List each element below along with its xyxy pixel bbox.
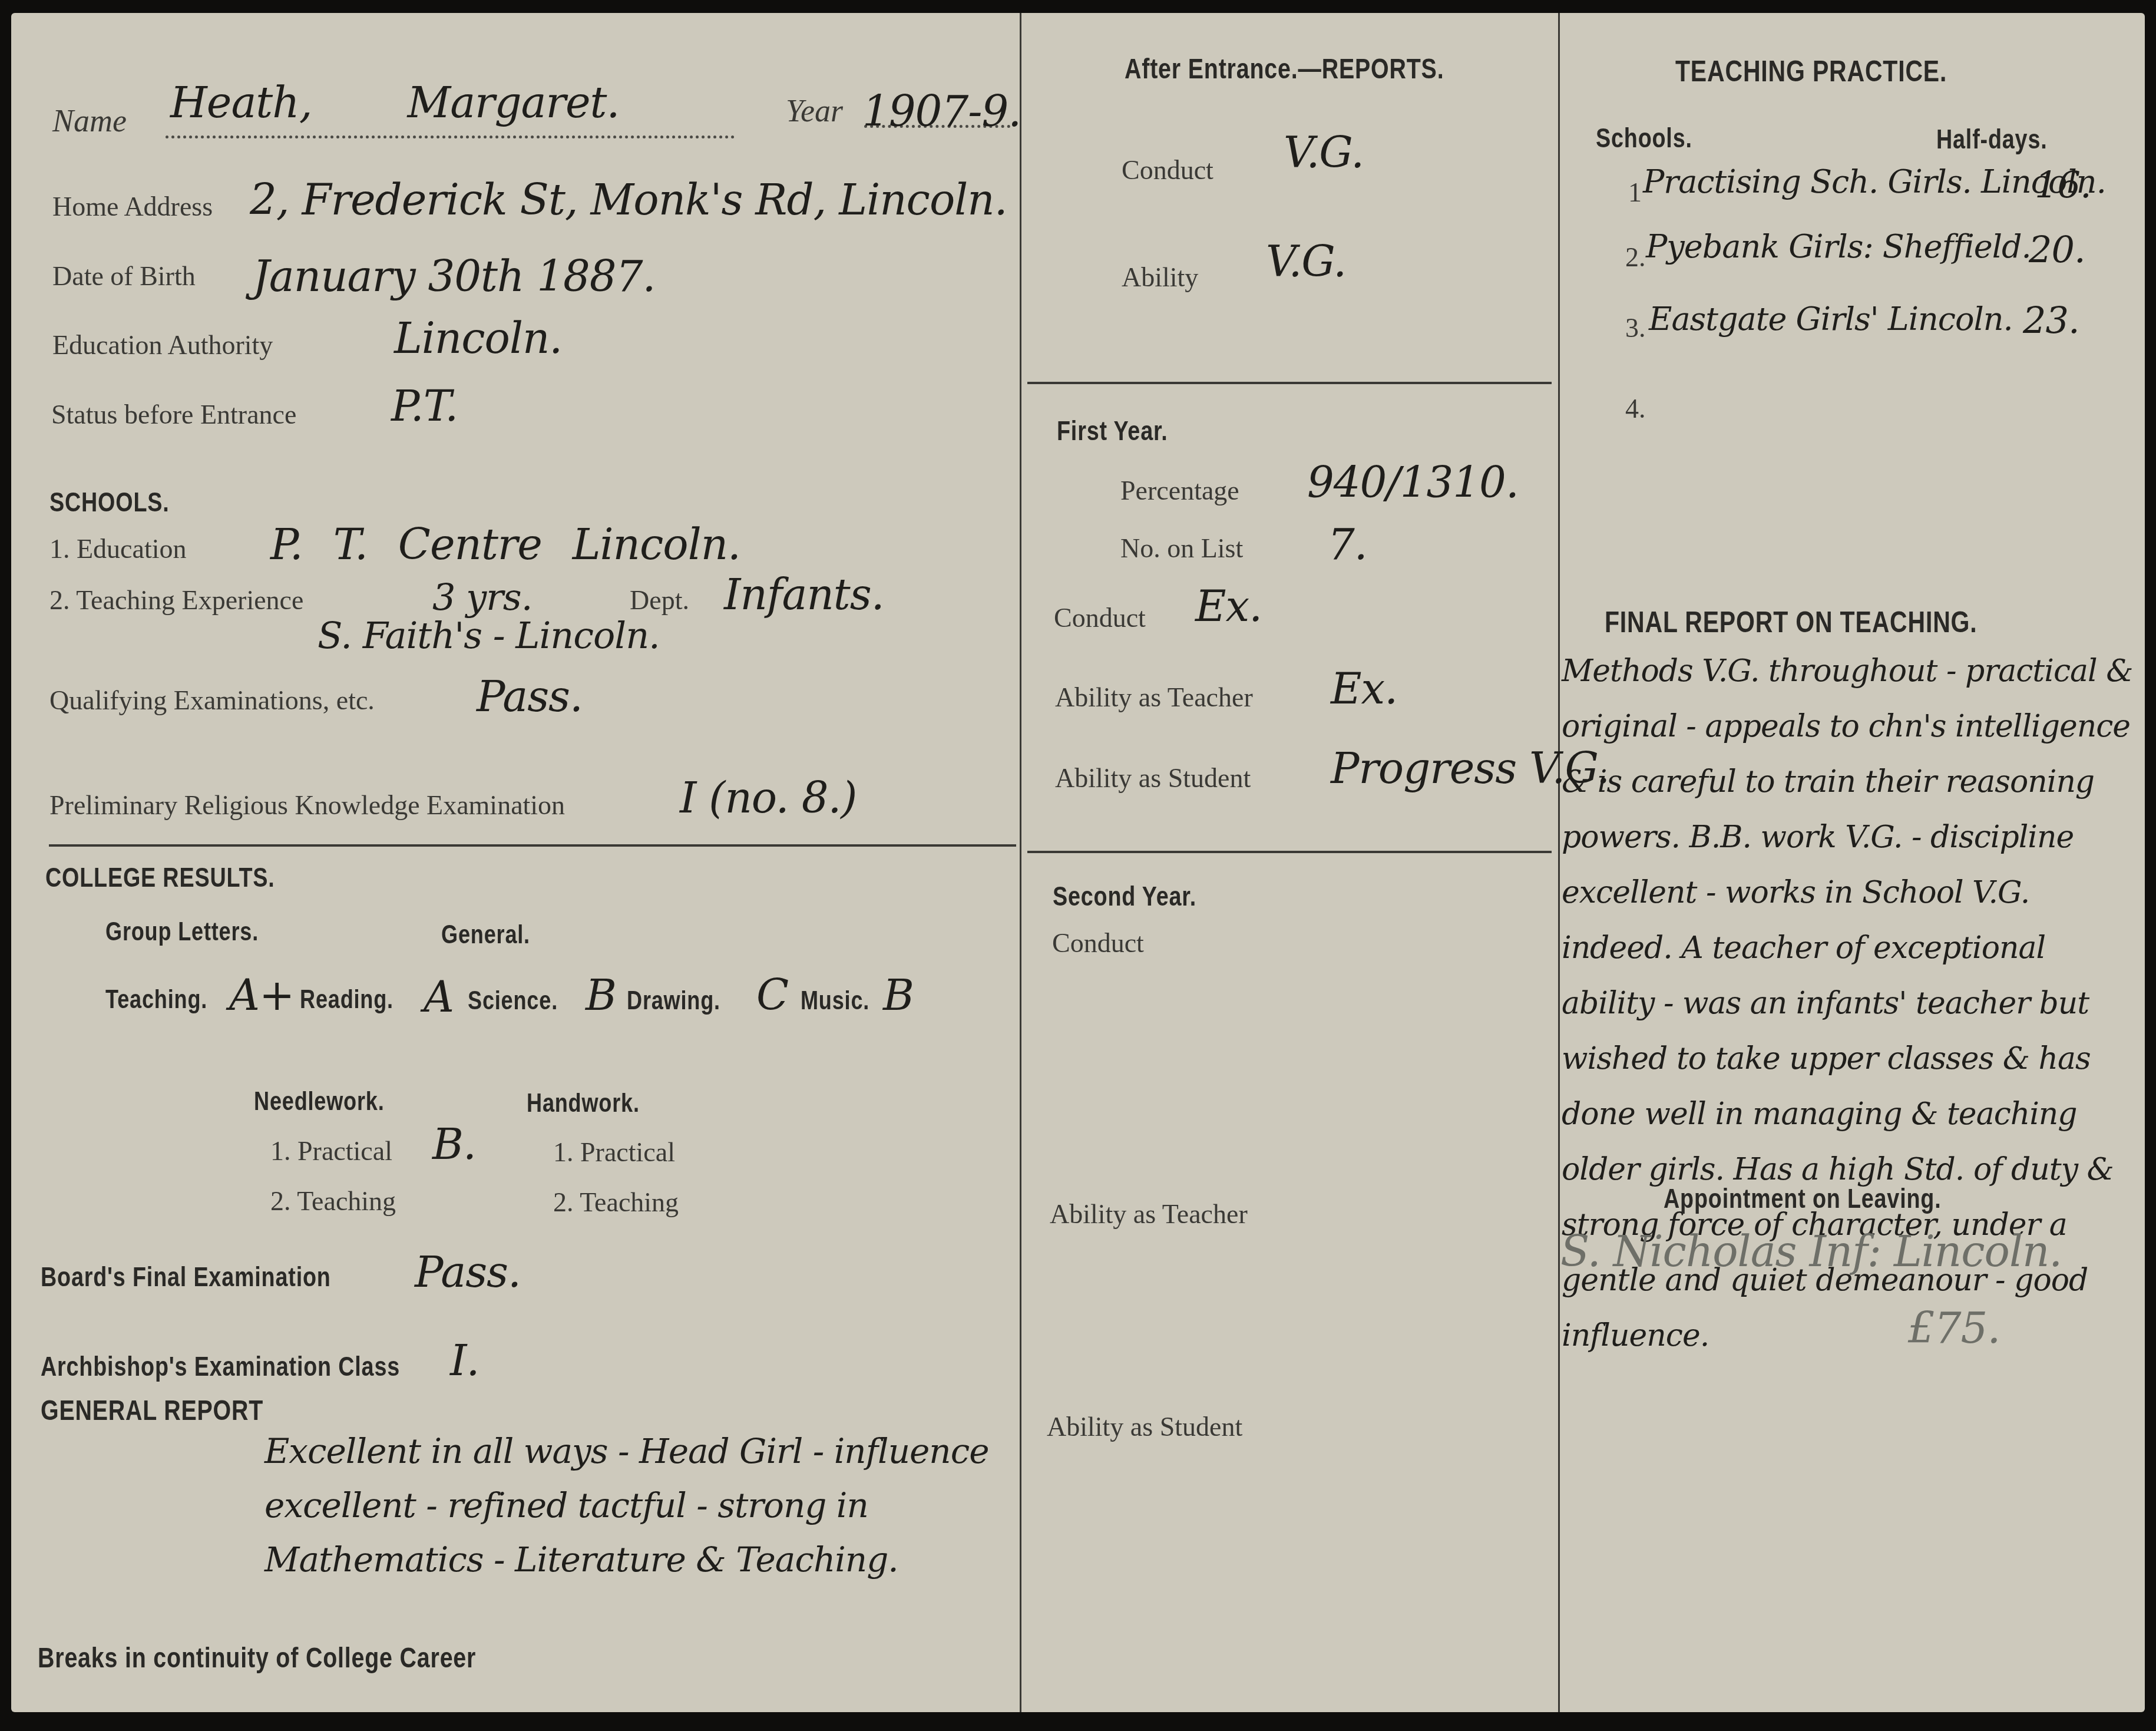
general-report-label: GENERAL REPORT (41, 1395, 263, 1427)
first-year-student-label: Ability as Student (1055, 762, 1251, 794)
salary-value: £75. (1908, 1303, 2000, 1353)
archbishop-value: I. (450, 1336, 479, 1385)
drawing-grade-label: Drawing. (627, 986, 720, 1016)
status-label: Status before Entrance (51, 399, 296, 430)
group-letters-label: Group Letters. (105, 917, 259, 947)
needlework-teaching-label: 2. Teaching (270, 1185, 396, 1217)
second-year-teacher-label: Ability as Teacher (1050, 1198, 1248, 1230)
schools-heading: SCHOOLS. (49, 486, 170, 518)
reading-grade-value: A (424, 972, 454, 1022)
status-value: P.T. (391, 381, 458, 431)
boards-final-value: Pass. (415, 1247, 521, 1297)
first-year-percentage-value: 940/1310. (1307, 458, 1519, 507)
first-year-conduct-label: Conduct (1054, 602, 1146, 633)
year-value: 1907-9. (862, 87, 1021, 136)
first-year-teacher-value: Ex. (1331, 664, 1397, 713)
left-divider (49, 844, 1016, 847)
teaching-grade-label: Teaching. (105, 985, 207, 1015)
dept-value: Infants. (724, 570, 884, 619)
record-card: Name Heath, Margaret. Year 1907-9. Home … (11, 13, 2145, 1712)
name-dotted-line (166, 136, 735, 138)
education-label: 1. Education (49, 533, 187, 564)
general-report-value: Excellent in all ways - Head Girl - infl… (264, 1424, 1030, 1587)
second-year-student-label: Ability as Student (1047, 1411, 1242, 1442)
religious-label: Preliminary Religious Knowledge Examinat… (49, 789, 565, 821)
appointment-value: S. Nicholas Inf: Lincoln. (1560, 1227, 2062, 1276)
final-report-heading: FINAL REPORT ON TEACHING. (1605, 605, 1977, 639)
drawing-grade-value: C (756, 970, 788, 1020)
handwork-label: Handwork. (527, 1089, 640, 1118)
boards-final-label: Board's Final Examination (41, 1261, 331, 1293)
handwork-teaching-label: 2. Teaching (553, 1187, 679, 1218)
handwork-practical-label: 1. Practical (553, 1137, 675, 1168)
music-grade-label: Music. (801, 986, 869, 1016)
needlework-label: Needlework. (254, 1087, 385, 1116)
reports-conduct-label: Conduct (1122, 154, 1213, 186)
college-results-heading: COLLEGE RESULTS. (45, 861, 275, 893)
teaching-grade-value: A+ (229, 970, 294, 1020)
needlework-practical-value: B. (432, 1119, 476, 1169)
music-grade-value: B (883, 970, 914, 1020)
needlework-practical-label: 1. Practical (270, 1135, 392, 1167)
education-value: P. T. Centre Lincoln. (270, 520, 740, 569)
breaks-label: Breaks in continuity of College Career (38, 1642, 476, 1674)
dept-label: Dept. (630, 584, 689, 616)
dob-label: Date of Birth (52, 260, 196, 292)
reports-conduct-value: V.G. (1284, 128, 1364, 177)
reports-heading: After Entrance.—REPORTS. (1125, 53, 1444, 85)
middle-divider-2 (1027, 851, 1552, 853)
name-label: Name (52, 103, 127, 139)
teaching-practice-heading: TEACHING PRACTICE. (1675, 54, 1947, 88)
practice-row-num: 1 (1628, 177, 1642, 208)
general-label: General. (441, 920, 530, 950)
first-year-conduct-value: Ex. (1195, 582, 1262, 631)
reading-grade-label: Reading. (300, 985, 393, 1015)
religious-value: I (no. 8.) (680, 773, 857, 822)
practice-row-half-days: 16. (2035, 163, 2091, 206)
science-grade-label: Science. (468, 986, 558, 1016)
reports-ability-value: V.G. (1266, 237, 1346, 286)
teaching-school-value: S. Faith's - Lincoln. (318, 614, 660, 657)
half-days-col-label: Half-days. (1936, 123, 2047, 155)
practice-row-num: 4. (1625, 393, 1646, 424)
teaching-experience-value: 3 yrs. (432, 576, 532, 619)
second-year-conduct-label: Conduct (1052, 927, 1144, 959)
practice-row-half-days: 20. (2029, 228, 2085, 271)
qualifying-label: Qualifying Examinations, etc. (49, 685, 375, 716)
name-value: Heath, Margaret. (170, 78, 619, 127)
practice-row-num: 3. (1625, 312, 1646, 343)
teaching-experience-label: 2. Teaching Experience (49, 584, 303, 616)
schools-col-label: Schools. (1596, 122, 1692, 154)
practice-row-school: Eastgate Girls' Lincoln. (1649, 300, 2013, 338)
appointment-heading: Appointment on Leaving. (1664, 1182, 1941, 1214)
first-year-teacher-label: Ability as Teacher (1055, 682, 1253, 713)
first-year-percentage-label: Percentage (1120, 475, 1239, 506)
practice-row-school: Pyebank Girls: Sheffield. (1646, 228, 2031, 265)
education-authority-value: Lincoln. (394, 313, 562, 363)
qualifying-value: Pass. (477, 672, 583, 721)
home-address-value: 2, Frederick St, Monk's Rd, Lincoln. (250, 175, 1007, 224)
archbishop-label: Archbishop's Examination Class (41, 1350, 400, 1382)
first-year-list-label: No. on List (1120, 533, 1243, 564)
first-year-heading: First Year. (1057, 415, 1168, 447)
practice-row-half-days: 23. (2023, 299, 2079, 342)
dob-value: January 30th 1887. (253, 252, 655, 301)
home-address-label: Home Address (52, 191, 213, 222)
science-grade-value: B (586, 970, 616, 1020)
second-year-heading: Second Year. (1053, 880, 1196, 912)
middle-divider-1 (1027, 382, 1552, 384)
reports-ability-label: Ability (1122, 262, 1198, 293)
practice-row-num: 2. (1625, 242, 1646, 273)
column-divider-2 (1558, 13, 1560, 1712)
first-year-list-value: 7. (1328, 520, 1367, 569)
year-label: Year (786, 93, 843, 129)
education-authority-label: Education Authority (52, 329, 273, 361)
